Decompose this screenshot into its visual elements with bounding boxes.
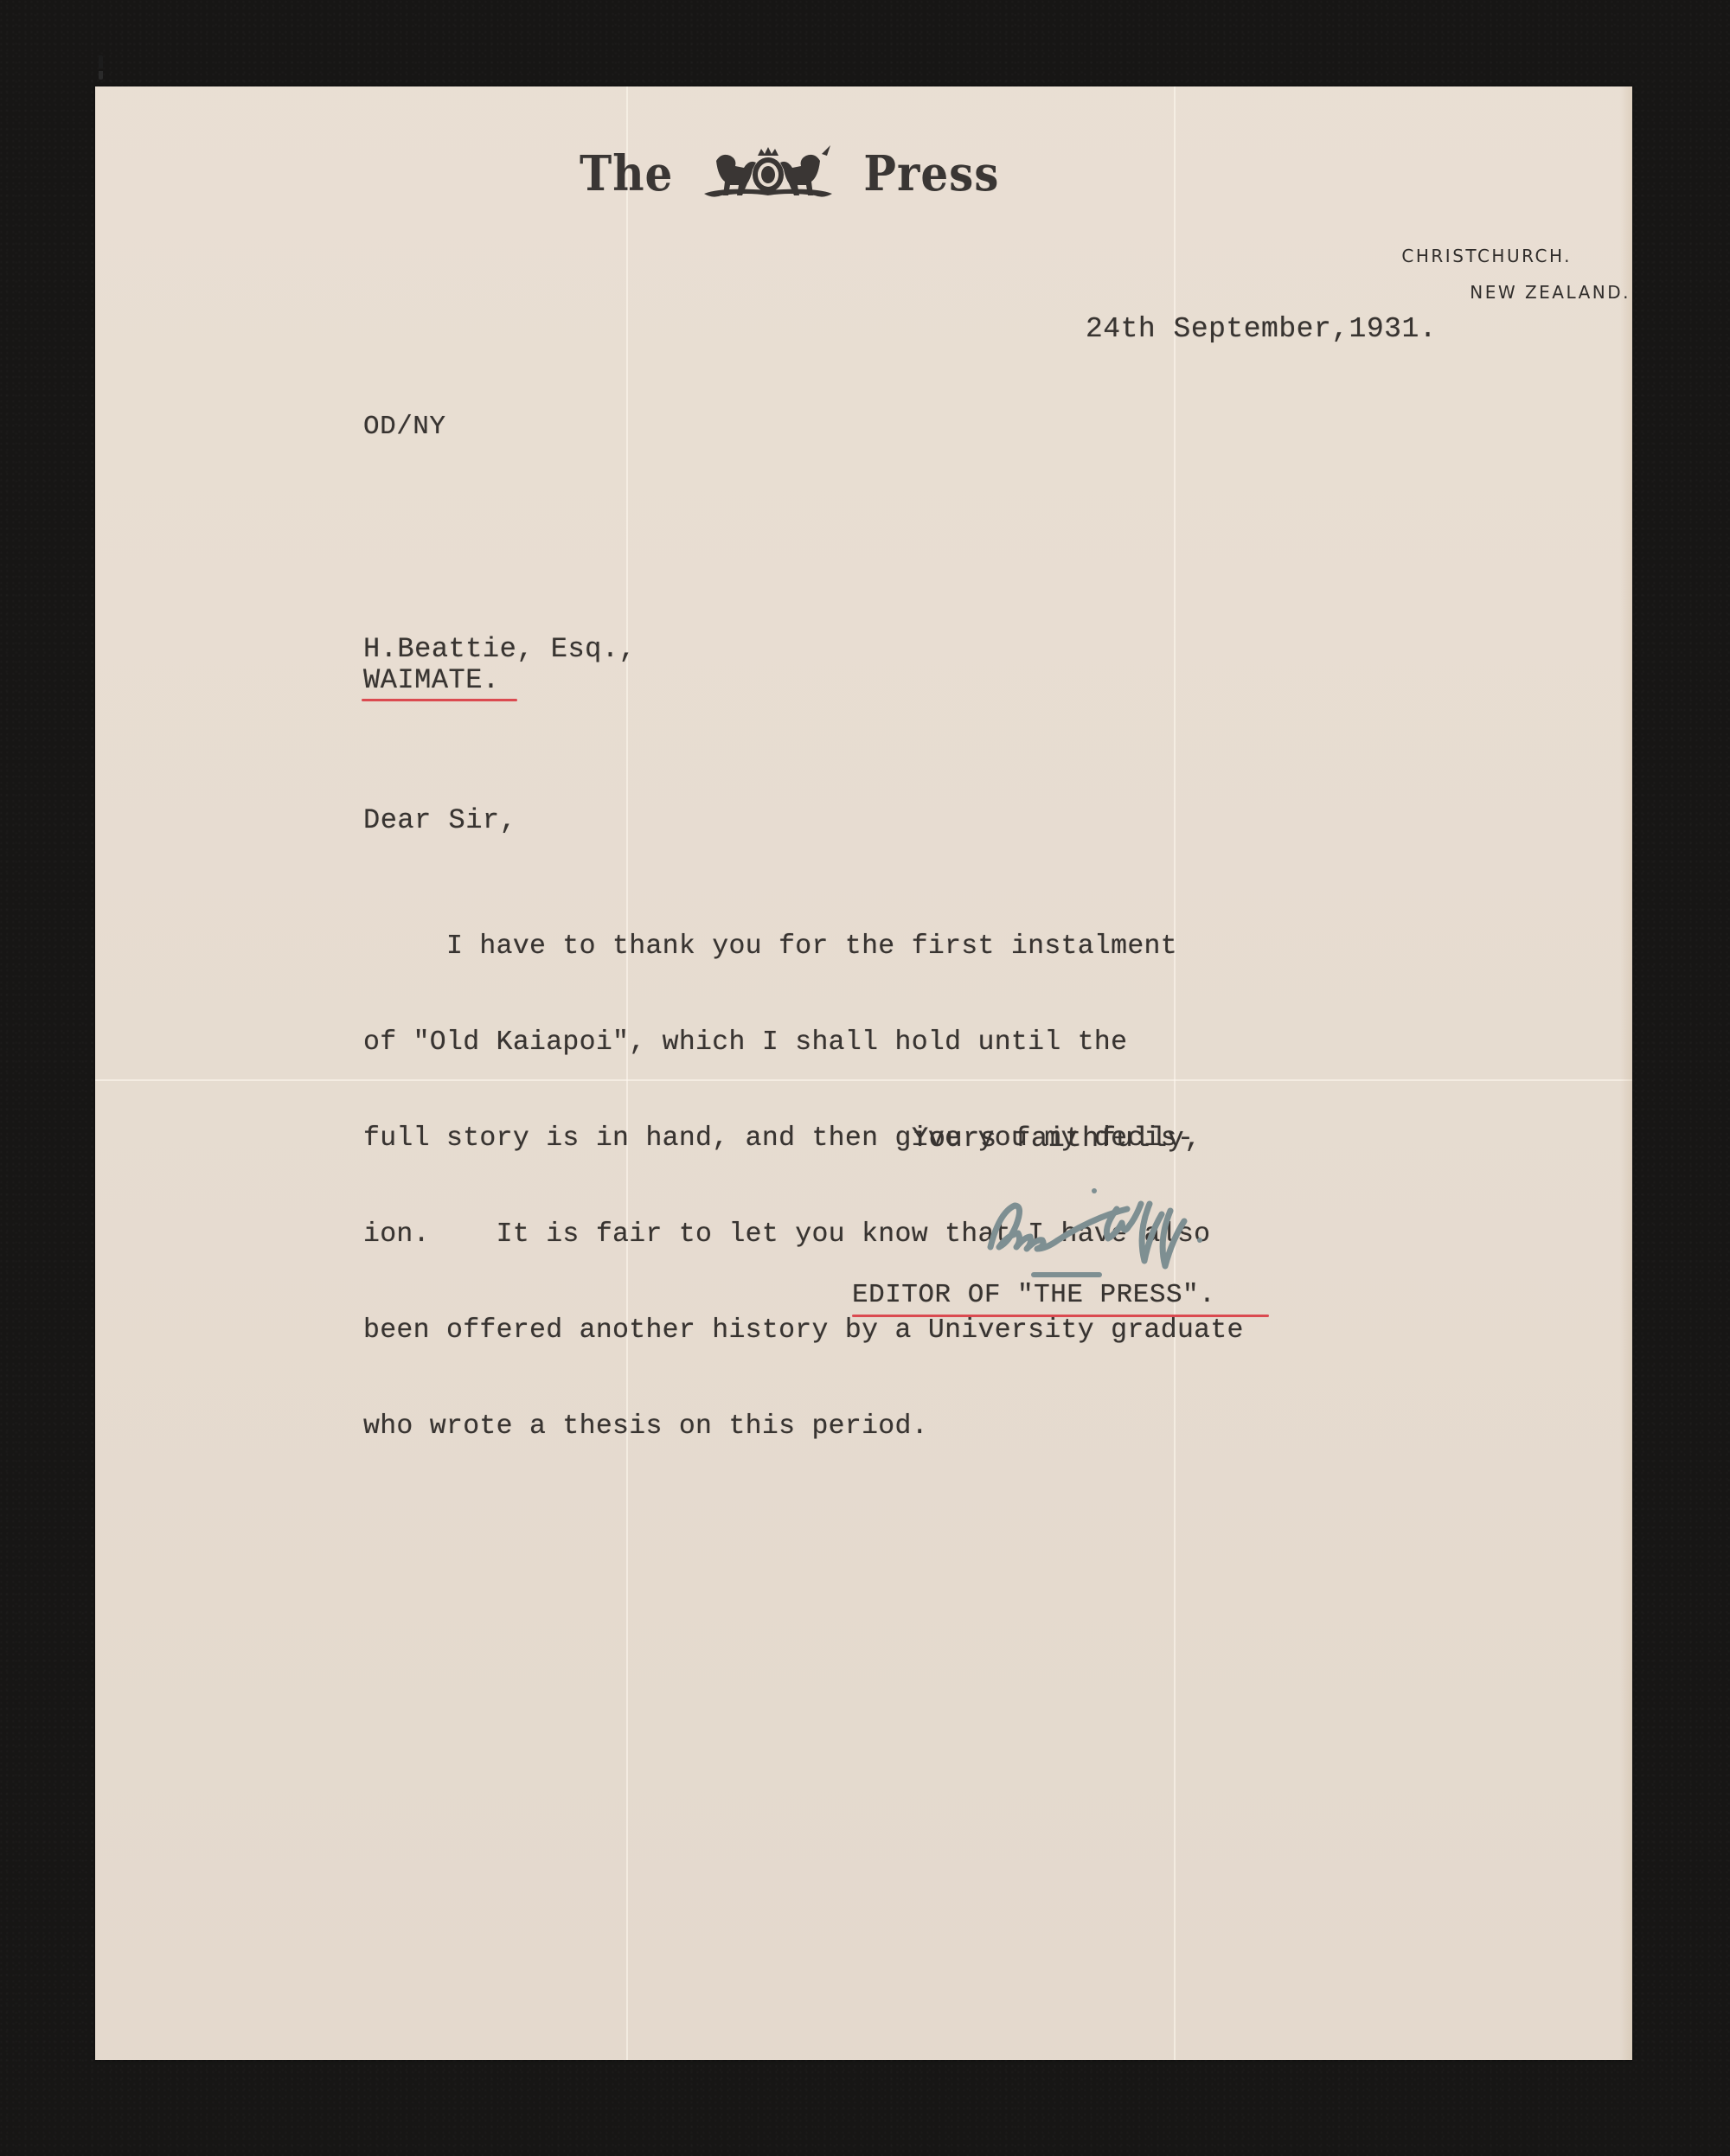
body-line: been offered another history by a Univer…	[363, 1315, 1244, 1347]
letterhead-masthead: The Press	[580, 143, 999, 203]
salutation: Dear Sir,	[363, 804, 516, 836]
red-underline	[362, 699, 517, 701]
body-line: of "Old Kaiapoi", which I shall hold unt…	[363, 1027, 1244, 1059]
body-line: who wrote a thesis on this period.	[363, 1411, 1244, 1443]
letterhead-address: CHRISTCHURCH. NEW ZEALAND.	[1401, 238, 1631, 310]
body-line: I have to thank you for the first instal…	[363, 931, 1244, 963]
signature-icon	[964, 1178, 1224, 1282]
address-country: NEW ZEALAND.	[1401, 274, 1631, 310]
address-city: CHRISTCHURCH.	[1401, 238, 1631, 274]
reference-code: OD/NY	[363, 412, 446, 442]
addressee-town: WAIMATE.	[363, 664, 500, 696]
coat-of-arms-icon	[699, 144, 837, 202]
letter-body: I have to thank you for the first instal…	[363, 867, 1244, 1475]
closing: Yours faithfully,	[912, 1123, 1201, 1155]
masthead-press: Press	[863, 144, 999, 202]
staple-mark	[99, 55, 103, 80]
masthead-the: The	[580, 144, 673, 202]
red-underline	[852, 1315, 1269, 1317]
letter-date: 24th September,1931.	[1086, 313, 1437, 345]
addressee-name: H.Beattie, Esq.,	[363, 633, 636, 665]
signatory-title: EDITOR OF "THE PRESS".	[852, 1280, 1215, 1310]
